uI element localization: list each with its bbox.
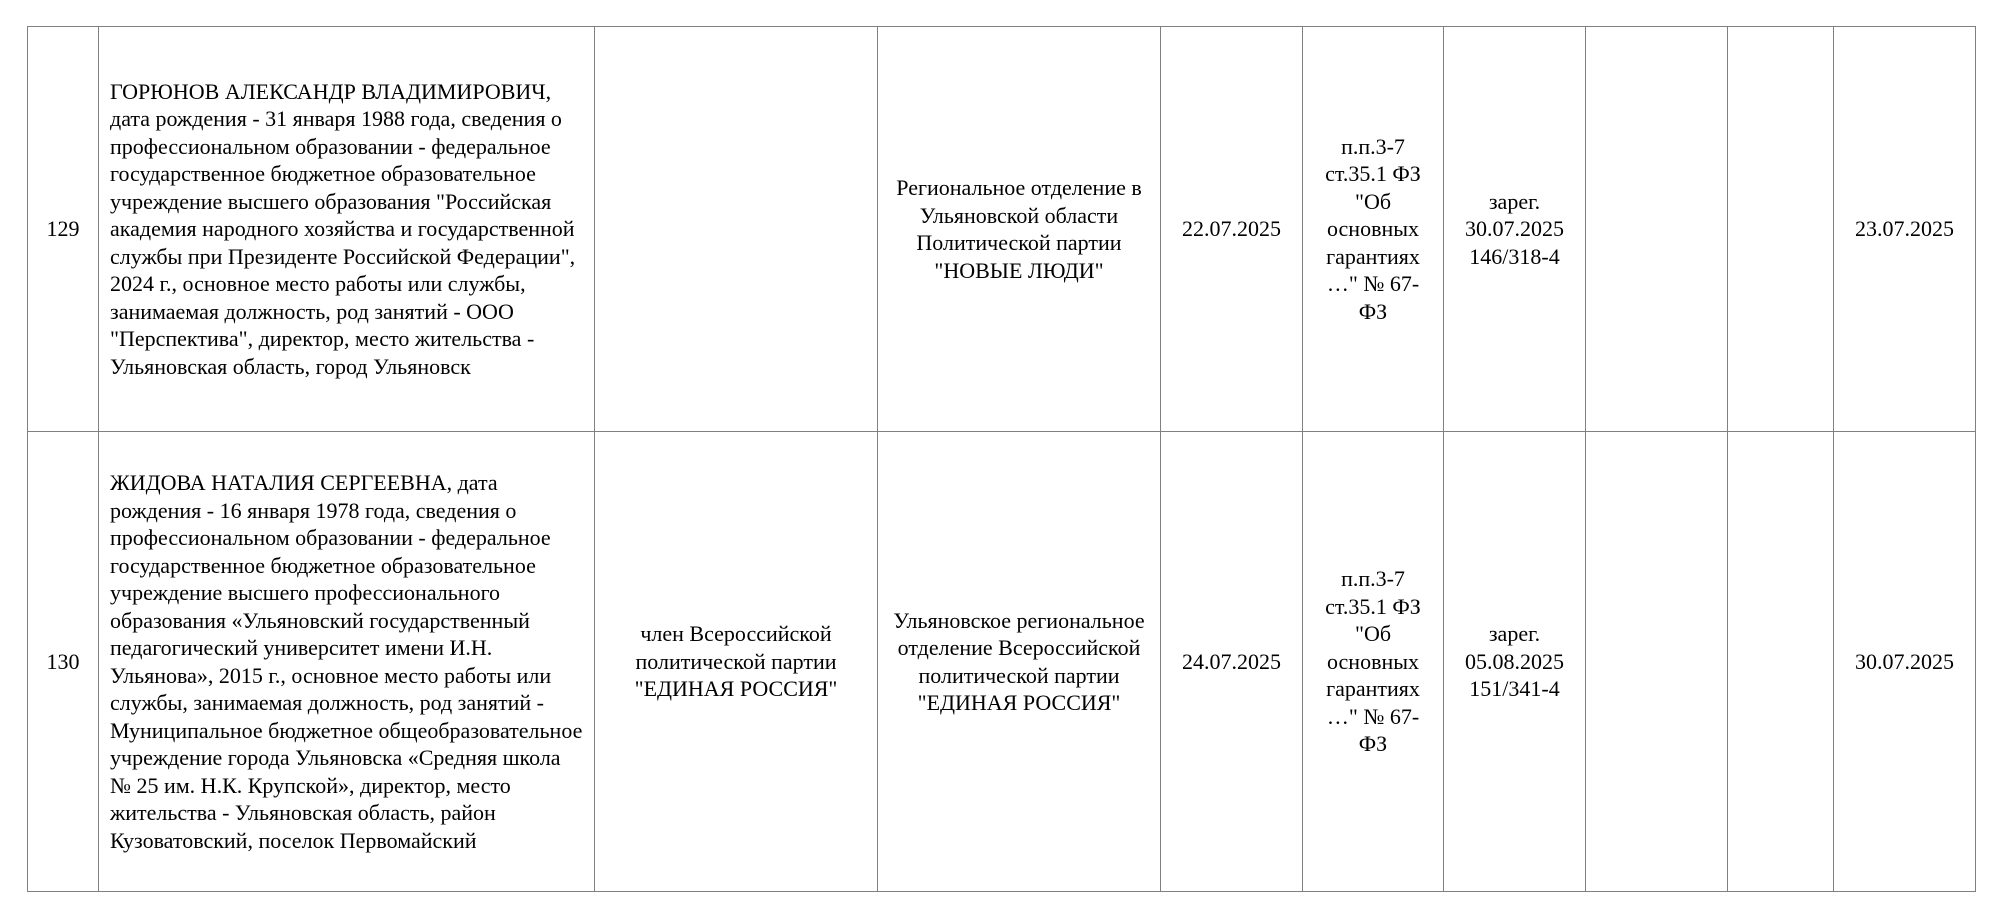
row-number: 129 (28, 27, 99, 432)
table-row: 129 ГОРЮНОВ АЛЕКСАНДР ВЛАДИМИРОВИЧ, дата… (28, 27, 1976, 432)
candidate-description: ГОРЮНОВ АЛЕКСАНДР ВЛАДИМИРОВИЧ, дата рож… (99, 27, 595, 432)
empty-cell (1586, 432, 1728, 892)
candidate-description: ЖИДОВА НАТАЛИЯ СЕРГЕЕВНА, дата рождения … (99, 432, 595, 892)
document-date: 23.07.2025 (1834, 27, 1976, 432)
empty-cell (1728, 432, 1834, 892)
legal-basis: п.п.3-7 ст.35.1 ФЗ "Об основных гарантия… (1303, 27, 1444, 432)
nominating-organization: Региональное отделение в Ульяновской обл… (878, 27, 1161, 432)
party-membership (595, 27, 878, 432)
empty-cell (1586, 27, 1728, 432)
registration-status: зарег. 30.07.2025 146/318-4 (1444, 27, 1586, 432)
document-date: 30.07.2025 (1834, 432, 1976, 892)
nominating-organization: Ульяновское региональное отделение Всеро… (878, 432, 1161, 892)
table-row: 130 ЖИДОВА НАТАЛИЯ СЕРГЕЕВНА, дата рожде… (28, 432, 1976, 892)
candidates-table: 129 ГОРЮНОВ АЛЕКСАНДР ВЛАДИМИРОВИЧ, дата… (27, 26, 1976, 892)
empty-cell (1728, 27, 1834, 432)
nomination-date: 24.07.2025 (1161, 432, 1303, 892)
party-membership: член Всероссийской политической партии "… (595, 432, 878, 892)
registration-status: зарег. 05.08.2025 151/341-4 (1444, 432, 1586, 892)
row-number: 130 (28, 432, 99, 892)
nomination-date: 22.07.2025 (1161, 27, 1303, 432)
legal-basis: п.п.3-7 ст.35.1 ФЗ "Об основных гарантия… (1303, 432, 1444, 892)
